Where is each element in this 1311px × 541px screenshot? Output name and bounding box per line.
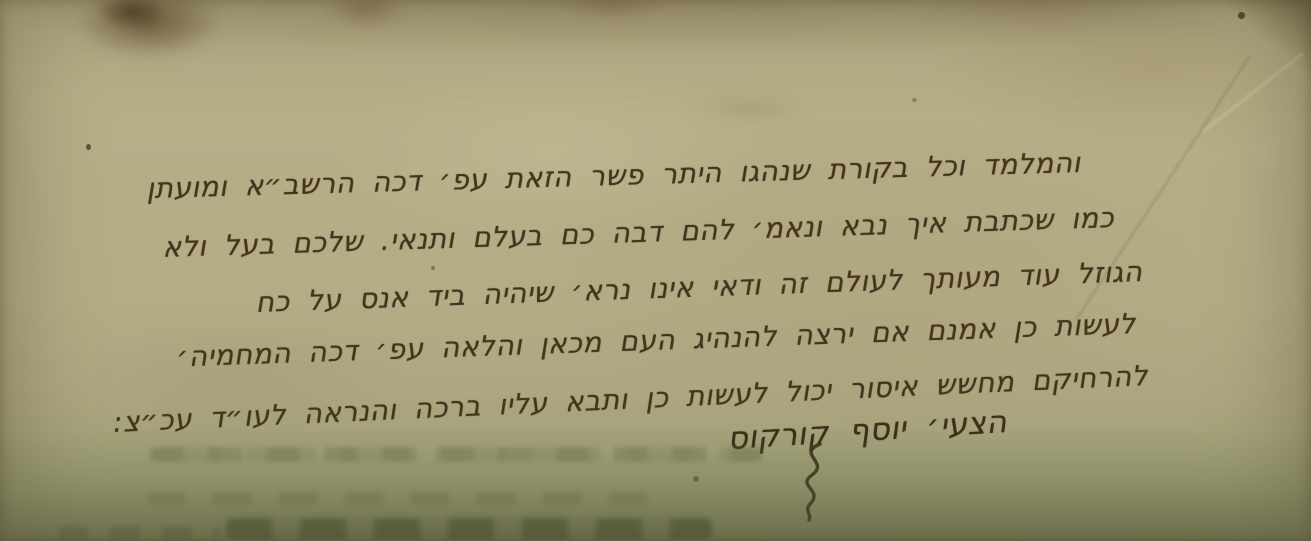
page-fold-corner: [1171, 0, 1311, 112]
ink-bleed-through-bottom-band: [226, 518, 712, 540]
signature-flourish-icon: [788, 442, 836, 522]
corner-stain-top-left: [74, 0, 224, 60]
stain-top-middle: [556, 0, 666, 20]
signature-line: הצעי׳ יוסף קורקוס: [727, 404, 1009, 457]
handwritten-line-1: והמלמד וכל בקורת שנהגו היתר פשר הזאת עפ׳…: [146, 146, 1081, 205]
handwritten-line-3: הגוזל עוד מעותך לעולם זה ודאי אינו נרא׳ …: [255, 255, 1143, 319]
manuscript-page: והמלמד וכל בקורת שנהגו היתר פשר הזאת עפ׳…: [0, 0, 1311, 541]
corner-stain-top-left-core: [96, 0, 168, 30]
ink-bleed-through-row-1: [150, 447, 762, 462]
ink-bleed-through-row-2: [146, 491, 651, 505]
stain-top-center: [322, 0, 408, 28]
page-fold-edge-highlight: [1201, 52, 1304, 133]
handwritten-line-2: כמו שכתבת איך נבא ונאמ׳ להם דבה כם בעלם …: [162, 201, 1115, 264]
stain-top-right: [900, 0, 1170, 24]
ink-speck: [86, 144, 91, 150]
ink-bleed-through-bottom-left: [58, 526, 220, 540]
bottom-edge-shading: [0, 428, 1311, 541]
ink-speck: [912, 98, 917, 102]
ink-speck: [1238, 12, 1245, 19]
handwritten-line-4: לעשות כן אמנם אם ירצה להנהיג העם מכאן וה…: [176, 307, 1136, 373]
ink-speck: [431, 266, 435, 270]
ink-speck: [693, 476, 699, 482]
stain-middle: [690, 96, 810, 122]
